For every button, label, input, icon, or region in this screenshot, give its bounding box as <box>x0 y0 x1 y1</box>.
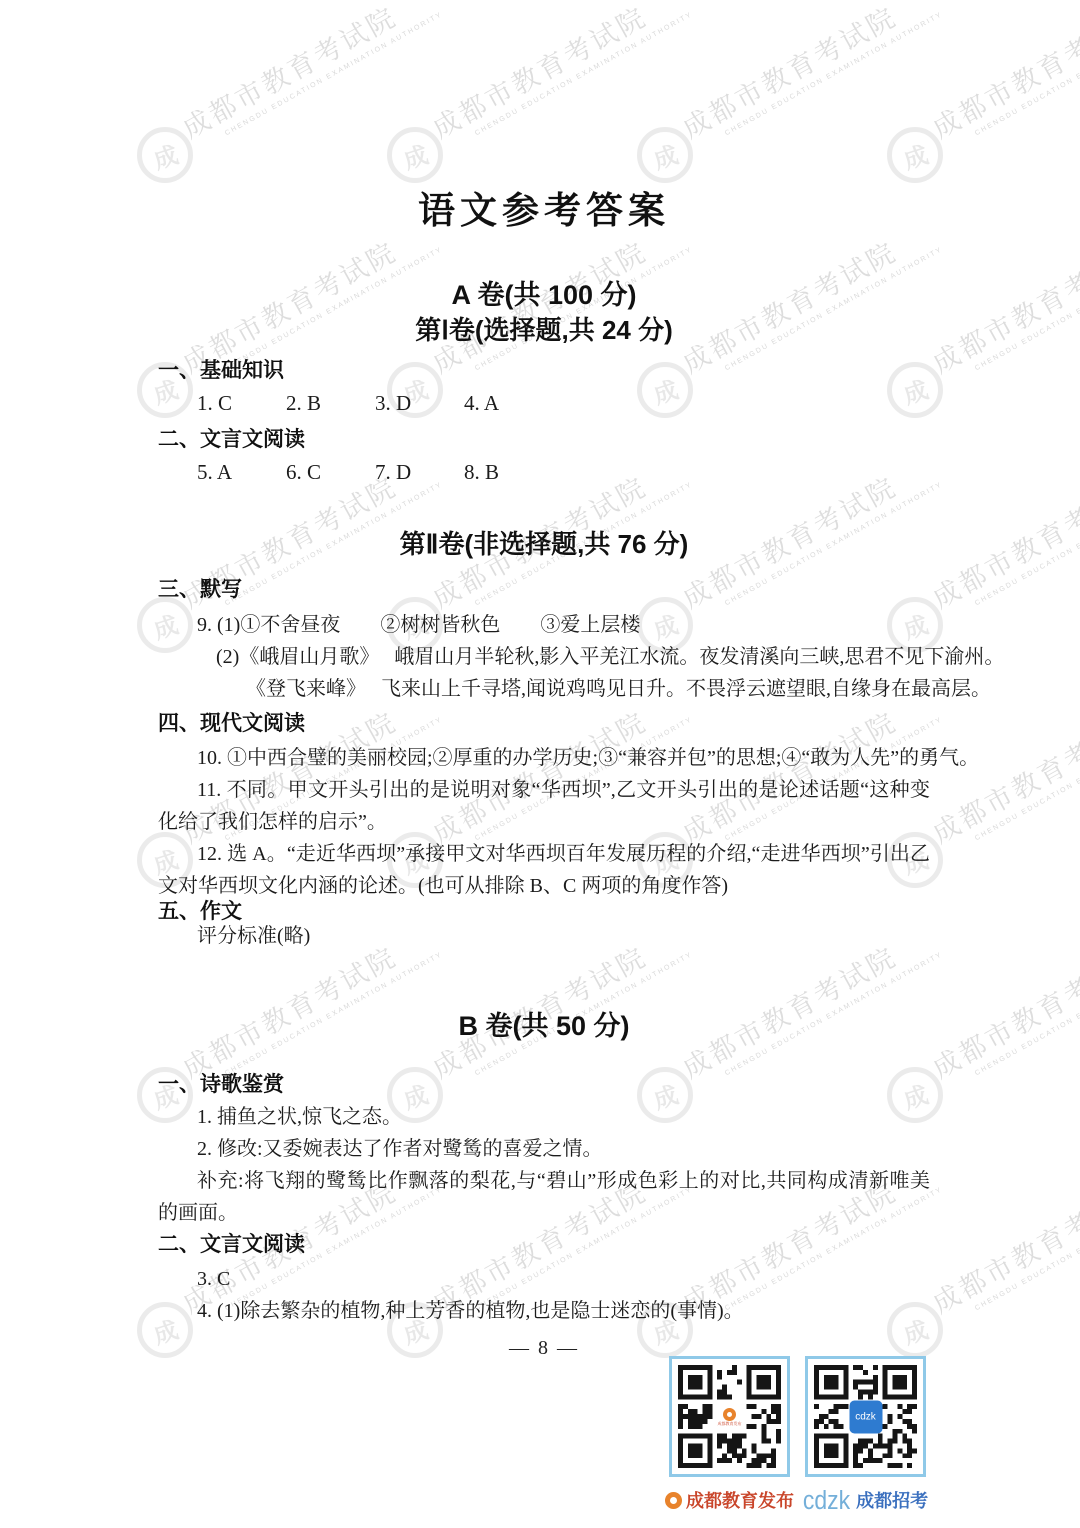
section-2-classical-heading: 二、文言文阅读 <box>158 426 930 454</box>
paper-a-heading: A 卷(共 100 分) <box>158 278 930 312</box>
b-answer-line-2-supplement: 补充:将飞翔的鹭鸶比作飘落的梨花,与“碧山”形成色彩上的对比,共同构成清新唯美的… <box>158 1165 930 1229</box>
qr-center-logo-education: 成都教育发布 <box>715 1401 745 1433</box>
b-answer-line-3: 3. C <box>158 1263 930 1295</box>
answers-row-1: 1. C 2. B 3. D 4. A <box>158 389 930 417</box>
paper-a-part1-heading: 第Ⅰ卷(选择题,共 24 分) <box>158 314 930 347</box>
answer-2: 2. B <box>286 389 375 417</box>
b-section-1-poetry-heading: 一、诗歌鉴赏 <box>158 1071 930 1099</box>
answer-1: 1. C <box>197 389 286 417</box>
qr-center-logo-text: 成都教育发布 <box>718 1422 742 1426</box>
document-title: 语文参考答案 <box>158 188 930 234</box>
qr-right-caption-text: 成都招考 <box>856 1487 928 1513</box>
paper-a-part2-heading: 第Ⅱ卷(非选择题,共 76 分) <box>158 528 930 561</box>
b-answer-line-2: 2. 修改:又委婉表达了作者对鹭鸶的喜爱之情。 <box>158 1133 930 1165</box>
watermark-text-block: 成都市教育考试院CHENGDU EDUCATION EXAMINATION AU… <box>674 0 935 157</box>
answer-6: 6. C <box>286 458 375 486</box>
watermark-seal-icon: 成 <box>637 127 693 183</box>
section-1-basics-heading: 一、基础知识 <box>158 357 930 385</box>
essay-note: 评分标准(略) <box>158 920 930 952</box>
watermark-text-block: 成都市教育考试院CHENGDU EDUCATION EXAMINATION AU… <box>174 0 435 157</box>
answer-3: 3. D <box>375 389 464 417</box>
footer-qr-area: 成都教育发布 cdzk 成都教育发布 cdzk 成都招考 <box>0 1356 1080 1516</box>
answer-line-9-1: 9. (1)①不舍昼夜 ②树树皆秋色 ③爱上层楼 <box>158 609 930 641</box>
answer-4: 4. A <box>464 389 553 417</box>
watermark-seal-icon: 成 <box>137 127 193 183</box>
watermark-seal-icon: 成 <box>387 127 443 183</box>
education-release-donut-icon <box>665 1492 682 1509</box>
qr-code-chengdu-zhaokao: cdzk <box>805 1356 926 1477</box>
document-content: 语文参考答案 A 卷(共 100 分) 第Ⅰ卷(选择题,共 24 分) 一、基础… <box>0 188 1080 1363</box>
section-3-dictation-heading: 三、默写 <box>158 576 930 604</box>
answer-line-11: 11. 不同。甲文开头引出的是说明对象“华西坝”,乙文开头引出的是论述话题“这种… <box>158 774 930 838</box>
answer-7: 7. D <box>375 458 464 486</box>
qr-left-caption-text: 成都教育发布 <box>686 1487 794 1513</box>
answer-sheet-page: 成成都市教育考试院CHENGDU EDUCATION EXAMINATION A… <box>0 0 1080 1528</box>
qr-center-logo-cdzk: cdzk <box>849 1400 882 1433</box>
b-answer-line-1: 1. 捕鱼之状,惊飞之态。 <box>158 1101 930 1133</box>
b-section-2-classical-heading: 二、文言文阅读 <box>158 1231 930 1259</box>
answer-8: 8. B <box>464 458 553 486</box>
paper-b-heading: B 卷(共 50 分) <box>158 1009 930 1043</box>
qr-code-education-release: 成都教育发布 <box>669 1356 790 1477</box>
section-4-modern-heading: 四、现代文阅读 <box>158 710 930 738</box>
watermark-text-block: 成都市教育考试院CHENGDU EDUCATION EXAMINATION AU… <box>924 0 1080 157</box>
cdzk-badge-text: cdzk <box>855 1411 876 1422</box>
orange-donut-icon <box>723 1408 736 1421</box>
answer-line-10: 10. ①中西合璧的美丽校园;②厚重的办学历史;③“兼容并包”的思想;④“敢为人… <box>158 742 930 774</box>
answer-line-12: 12. 选 A。“走近华西坝”承接甲文对华西坝百年发展历程的介绍,“走进华西坝”… <box>158 838 930 902</box>
cdzk-logo-text: cdzk <box>803 1485 850 1515</box>
qr-left-caption: 成都教育发布 <box>666 1487 793 1513</box>
answer-line-9-2: (2)《峨眉山月歌》 峨眉山月半轮秋,影入平羌江水流。夜发清溪向三峡,思君不见下… <box>158 641 930 673</box>
b-answer-line-4: 4. (1)除去繁杂的植物,种上芳香的植物,也是隐士迷恋的(事情)。 <box>158 1295 930 1327</box>
answer-5: 5. A <box>197 458 286 486</box>
answers-row-2: 5. A 6. C 7. D 8. B <box>158 458 930 486</box>
watermark-seal-icon: 成 <box>887 127 943 183</box>
answer-line-9-3: 《登飞来峰》 飞来山上千寻塔,闻说鸡鸣见日升。不畏浮云遮望眼,自缘身在最高层。 <box>158 673 930 705</box>
qr-right-caption: cdzk 成都招考 <box>800 1487 931 1513</box>
watermark-text-block: 成都市教育考试院CHENGDU EDUCATION EXAMINATION AU… <box>424 0 685 157</box>
